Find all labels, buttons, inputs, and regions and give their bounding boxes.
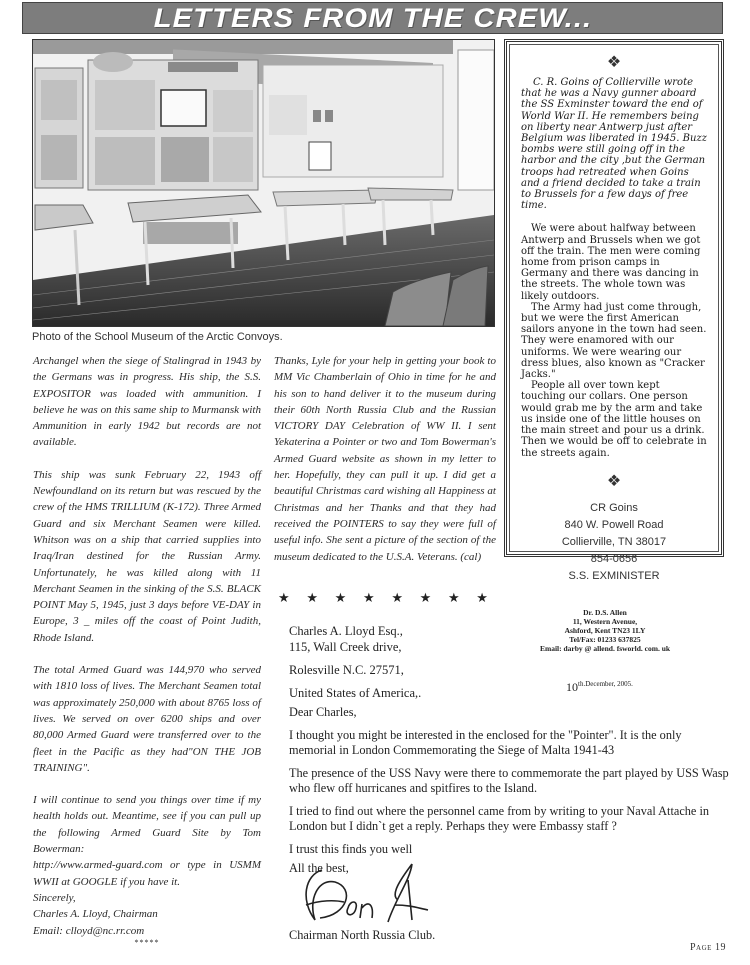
article-paragraph: This ship was sunk February 22, 1943 off… <box>33 467 261 646</box>
article-paragraph: The total Armed Guard was 144,970 who se… <box>33 662 261 776</box>
letter-date: 10th.December, 2005. <box>566 680 633 695</box>
address-ship: S.S. EXMINISTER <box>521 568 707 585</box>
sender-line: Dr. D.S. Allen <box>500 608 710 617</box>
date-day: 10 <box>566 680 578 694</box>
letter-body: Dear Charles, I thought you might be int… <box>289 705 729 884</box>
page-number: Page 19 <box>690 942 726 953</box>
star-icon: ★ <box>476 590 488 606</box>
sidebar-address: CR Goins 840 W. Powell Road Collierville… <box>521 500 707 585</box>
address-street: 840 W. Powell Road <box>521 517 707 534</box>
signature-scrawl-icon <box>300 860 430 930</box>
letter-paragraph: I tried to find out where the personnel … <box>289 804 729 834</box>
signature <box>300 860 430 935</box>
article-paragraph: Thanks, Lyle for your help in getting yo… <box>274 353 496 565</box>
star-icon: ★ <box>306 590 318 606</box>
sidebar-intro: C. R. Goins of Collierville wrote that h… <box>521 77 707 211</box>
museum-photo <box>32 39 495 327</box>
museum-photo-illustration <box>33 40 494 326</box>
star-icon: ★ <box>363 590 375 606</box>
sender-line: Tel/Fax: 01233 637825 <box>500 635 710 644</box>
star-icon: ★ <box>335 590 347 606</box>
middle-column-article: Thanks, Lyle for your help in getting yo… <box>274 353 496 581</box>
salutation: Dear Charles, <box>289 705 729 720</box>
address-phone: 854-0656 <box>521 551 707 568</box>
recipient-line: Rolesville N.C. 27571, <box>289 659 421 682</box>
closing-text: I will continue to send you things over … <box>33 792 261 857</box>
star-icon: ★ <box>391 590 403 606</box>
sender-line: Email: darby @ allend. fsworld. com. uk <box>500 644 710 653</box>
star-icon: ★ <box>278 590 290 606</box>
star-icon: ★ <box>420 590 432 606</box>
date-rest: December, 2005. <box>585 680 633 688</box>
closing-block: I will continue to send you things over … <box>33 792 261 951</box>
address-name: CR Goins <box>521 500 707 517</box>
star-icon: ★ <box>448 590 460 606</box>
letter-paragraph: The presence of the USS Navy were there … <box>289 766 729 796</box>
sender-line: Ashford, Kent TN23 1LY <box>500 626 710 635</box>
letter-paragraph: I thought you might be interested in the… <box>289 728 729 758</box>
sidebar-paragraph: We were about halfway between Antwerp an… <box>521 223 707 301</box>
letter-recipient-address: Charles A. Lloyd Esq., 115, Wall Creek d… <box>289 620 421 705</box>
author-name: Charles A. Lloyd, Chairman <box>33 906 261 922</box>
address-city: Collierville, TN 38017 <box>521 534 707 551</box>
recipient-line: 115, Wall Creek drive, <box>289 636 421 659</box>
page-title: LETTERS FROM THE CREW... <box>153 3 591 34</box>
letter-sender-address: Dr. D.S. Allen 11, Western Avenue, Ashfo… <box>500 608 710 653</box>
article-paragraph: Archangel when the siege of Stalingrad i… <box>33 353 261 451</box>
closing-line: I trust this finds you well <box>289 842 729 857</box>
photo-caption: Photo of the School Museum of the Arctic… <box>32 331 283 343</box>
sender-line: 11, Western Avenue, <box>500 617 710 626</box>
website-link[interactable]: http://www.armed-guard.com or type in US… <box>33 857 261 890</box>
page-banner: LETTERS FROM THE CREW... <box>22 2 723 34</box>
recipient-line: United States of America,. <box>289 682 421 705</box>
signature-title: Chairman North Russia Club. <box>289 928 435 943</box>
sidebar-paragraph: The Army had just come through, but we w… <box>521 302 707 380</box>
ornament-diamond-icon: ❖ <box>521 471 707 490</box>
star-divider: ★ ★ ★ ★ ★ ★ ★ ★ <box>278 590 488 606</box>
left-column-article: Archangel when the siege of Stalingrad i… <box>33 353 261 951</box>
sidebar-story-box: ❖ C. R. Goins of Collierville wrote that… <box>504 39 724 557</box>
sidebar-paragraph: People all over town kept touching our c… <box>521 380 707 458</box>
ornament-diamond-icon: ❖ <box>521 52 707 71</box>
signoff: Sincerely, <box>33 890 261 906</box>
